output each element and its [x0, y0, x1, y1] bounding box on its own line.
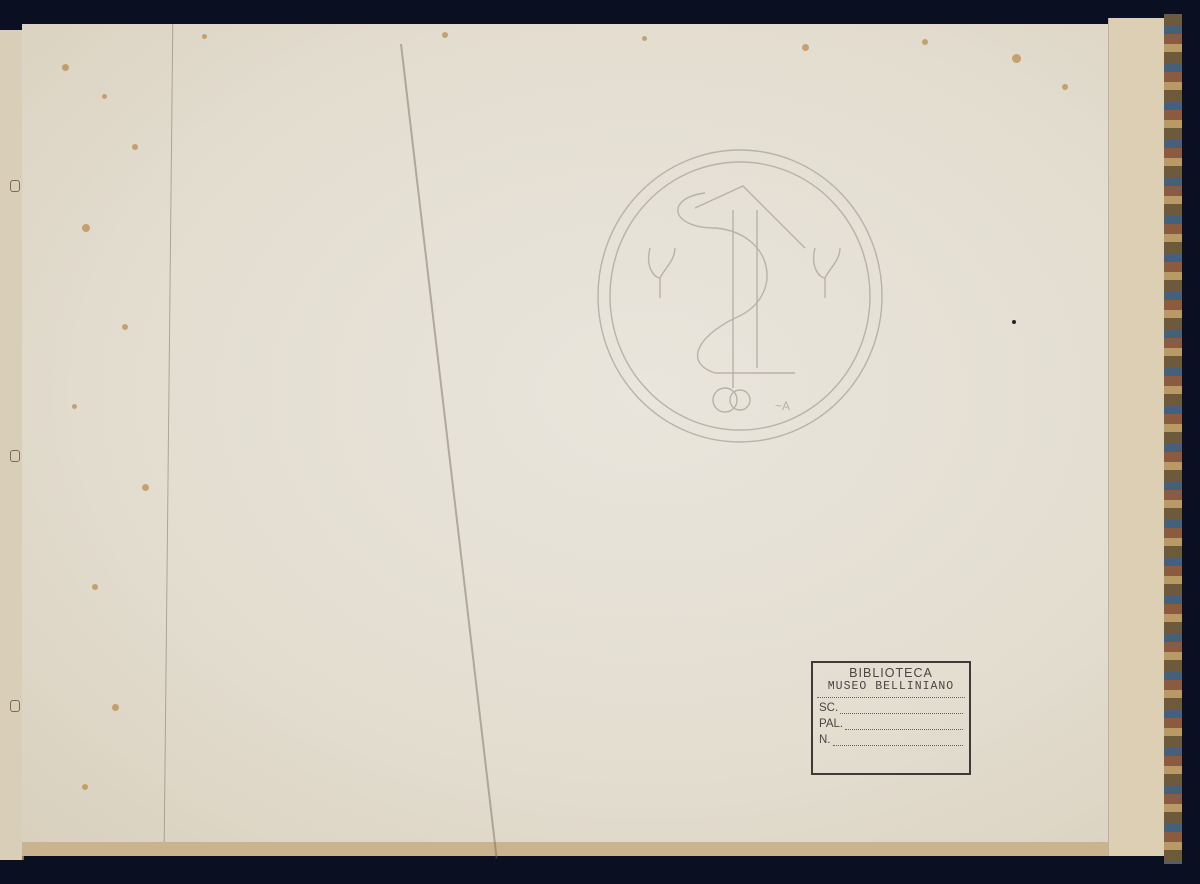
binding-stitch [10, 700, 20, 712]
right-page-edges [1108, 18, 1165, 856]
stamp-line-1: BIBLIOTECA [813, 666, 969, 680]
foxing-spot [1062, 84, 1068, 90]
stamp-field-pal: PAL. [819, 718, 963, 730]
stamp-field-n: N. [819, 734, 963, 746]
foxing-spot [82, 784, 88, 790]
foxing-spot [122, 324, 128, 330]
foxing-spot [202, 34, 207, 39]
foxing-spot [62, 64, 69, 71]
pencil-monogram-drawing: ~A [595, 148, 885, 448]
foxing-spot [1012, 54, 1021, 63]
foxing-spot [142, 484, 149, 491]
ink-dot [1012, 320, 1016, 324]
foxing-spot [442, 32, 448, 38]
marbled-cover-edge [1164, 14, 1182, 864]
foxing-spot [102, 94, 107, 99]
binding-stitch [10, 450, 20, 462]
album-page [22, 24, 1162, 856]
foxing-spot [72, 404, 77, 409]
foxing-spot [132, 144, 138, 150]
stamp-field-sc: SC. [819, 702, 963, 714]
binding-stitch [10, 180, 20, 192]
page-crease [164, 24, 174, 842]
foxing-spot [802, 44, 809, 51]
paper-fold [400, 44, 498, 859]
library-stamp: BIBLIOTECA MUSEO BELLINIANO SC. PAL. N. [811, 661, 971, 775]
left-page-edge [0, 30, 24, 860]
foxing-spot [642, 36, 647, 41]
stamp-line-2: MUSEO BELLINIANO [817, 680, 965, 698]
foxing-spot [112, 704, 119, 711]
foxing-spot [92, 584, 98, 590]
drawing-mark: ~A [775, 399, 790, 413]
foxing-spot [922, 39, 928, 45]
foxing-spot [82, 224, 90, 232]
